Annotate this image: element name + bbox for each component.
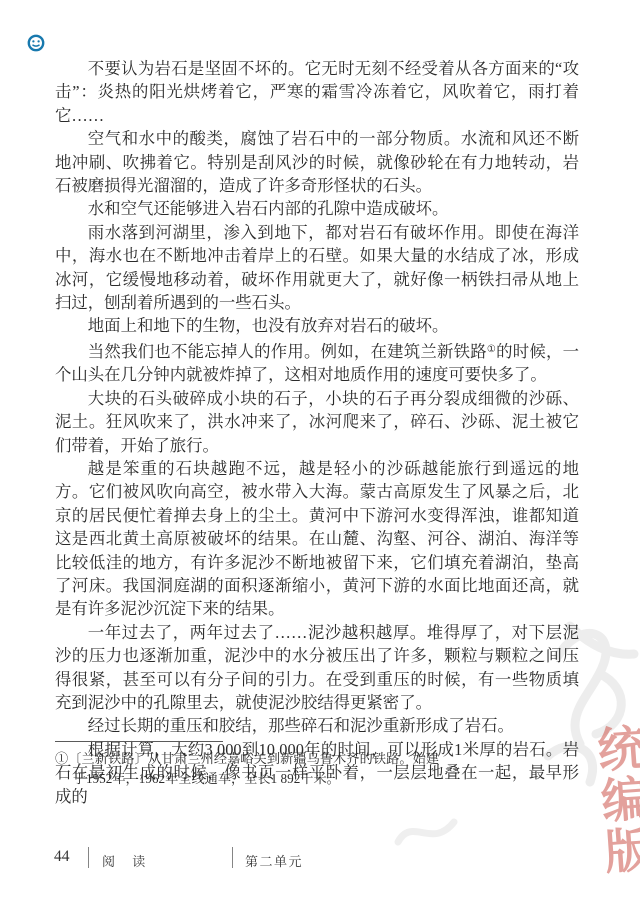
paragraph-text: 当然我们也不能忘掉人的作用。例如，在建筑兰新铁路 xyxy=(88,342,487,361)
unit-label: 第二单元 xyxy=(245,851,303,870)
paragraph: 水和空气还能够进入岩石内部的孔隙中造成破坏。 xyxy=(55,197,579,220)
paragraph: 越是笨重的石块越跑不远，越是轻小的沙砾越能旅行到遥远的地方。它们被风吹向高空，被… xyxy=(55,457,579,621)
textbook-page: 统编版 不要认为岩石是坚固不坏的。它无时无刻不经受着从各方面来的“攻击”：炎热的… xyxy=(0,0,640,904)
paragraph: 空气和水中的酸类，腐蚀了岩石中的一部分物质。水流和风还不断地冲刷、吹拂着它。特别… xyxy=(55,127,579,197)
footnote-divider xyxy=(55,741,223,742)
footer-divider xyxy=(88,847,89,868)
section-label: 阅 读 xyxy=(102,851,152,870)
paragraph: 地面上和地下的生物，也没有放弃对岩石的破坏。 xyxy=(55,314,579,337)
paragraph: 雨水落到河湖里，渗入到地下，都对岩石有破坏作用。即使在海洋中，海水也在不断地冲击… xyxy=(55,221,579,315)
footer-divider xyxy=(232,847,233,868)
edition-watermark: 统编版 xyxy=(589,722,640,878)
handwriting-watermark-small xyxy=(392,810,462,855)
smiley-icon[interactable] xyxy=(26,33,46,53)
paragraph: 不要认为岩石是坚固不坏的。它无时无刻不经受着从各方面来的“攻击”：炎热的阳光烘烤… xyxy=(55,57,579,127)
paragraph: 经过长期的重压和胶结，那些碎石和泥沙重新形成了岩石。 xyxy=(55,714,579,737)
paragraph: 一年过去了，两年过去了……泥沙越积越厚。堆得厚了，对下层泥沙的压力也逐渐加重，泥… xyxy=(55,621,579,715)
footnote-marker: ① xyxy=(55,751,68,766)
page-number: 44 xyxy=(54,848,70,866)
footnote-reference[interactable]: ① xyxy=(487,344,496,355)
reading-text: 不要认为岩石是坚固不坏的。它无时无刻不经受着从各方面来的“攻击”：炎热的阳光烘烤… xyxy=(55,57,579,808)
paragraph: 大块的石头破碎成小块的石子，小块的石子再分裂成细微的沙砾、泥土。狂风吹来了，洪水… xyxy=(55,387,579,457)
footnote-text: 〔兰新铁路〕从甘肃兰州经嘉峪关到新疆乌鲁木齐的铁路。始建于1952年，1962年… xyxy=(68,751,439,786)
paragraph: 当然我们也不能忘掉人的作用。例如，在建筑兰新铁路①的时候，一个山头在几分钟内就被… xyxy=(55,338,579,387)
footnote: ①〔兰新铁路〕从甘肃兰州经嘉峪关到新疆乌鲁木齐的铁路。始建于1952年，1962… xyxy=(55,749,439,788)
